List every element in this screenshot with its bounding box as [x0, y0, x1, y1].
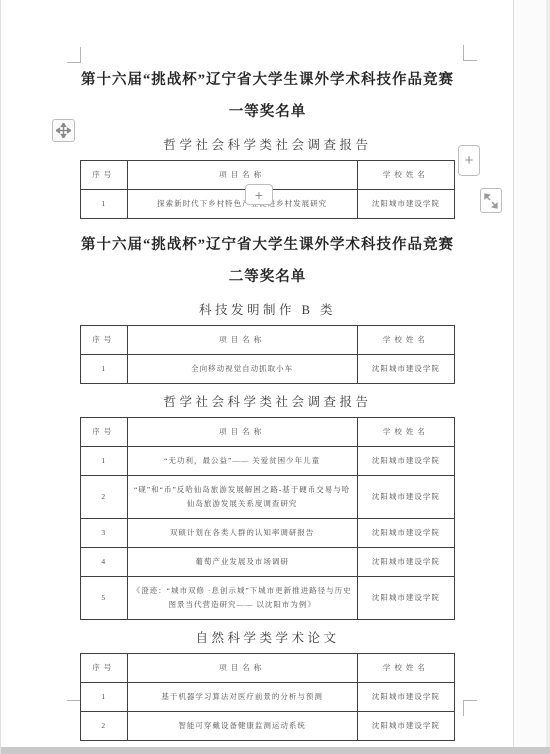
school-name-cell[interactable]: 沈阳城市建设学院 [357, 548, 454, 577]
column-header: 序号 [81, 654, 128, 683]
diagonal-resize-icon [484, 193, 498, 209]
row-number-cell[interactable]: 4 [81, 548, 128, 577]
project-name-cell[interactable]: 基于机器学习算法对医疗前景的分析与预测 [127, 683, 357, 712]
table-row: 2智能可穿戴设备健康监测运动系统沈阳城市建设学院 [81, 712, 455, 741]
margin-crop-mark-top-left [67, 47, 81, 63]
project-name-cell[interactable]: “砚”和“币”反哈仙岛旅游发展解困之路-基于硬币交易与哈仙岛旅游发展关系度调查研… [127, 476, 357, 519]
table-row: 1基于机器学习算法对医疗前景的分析与预测沈阳城市建设学院 [81, 683, 455, 712]
margin-crop-mark-top-right [463, 45, 477, 61]
school-name-cell[interactable]: 沈阳城市建设学院 [357, 519, 454, 548]
plus-icon: + [255, 188, 263, 202]
column-header: 学校姓名 [357, 654, 454, 683]
award-table: 序号项目名称学校姓名1“无功利，最公益”—— 关爱贫困少年儿童沈阳城市建设学院2… [80, 417, 455, 620]
column-header: 序号 [81, 326, 128, 355]
project-name-cell[interactable]: “无功利，最公益”—— 关爱贫困少年儿童 [127, 447, 357, 476]
category-subtitle: 哲学社会科学类社会调查报告 [80, 137, 455, 153]
row-number-cell[interactable]: 1 [81, 683, 128, 712]
project-name-cell[interactable]: 智能可穿戴设备健康监测运动系统 [127, 712, 357, 741]
document-body: 第十六届“挑战杯”辽宁省大学生课外学术科技作品竞赛一等奖名单哲学社会科学类社会调… [80, 58, 455, 751]
canvas-right-edge [546, 0, 550, 754]
table-row: 1全向移动视觉自动抓取小车沈阳城市建设学院 [81, 355, 455, 384]
column-header: 学校姓名 [357, 418, 454, 447]
school-name-cell[interactable]: 沈阳城市建设学院 [357, 447, 454, 476]
table-header-row: 序号项目名称学校姓名 [81, 326, 455, 355]
school-name-cell[interactable]: 沈阳城市建设学院 [357, 355, 454, 384]
row-number-cell[interactable]: 2 [81, 712, 128, 741]
column-header: 学校姓名 [357, 161, 454, 190]
table-row: 1“无功利，最公益”—— 关爱贫困少年儿童沈阳城市建设学院 [81, 447, 455, 476]
column-header: 序号 [81, 418, 128, 447]
school-name-cell[interactable]: 沈阳城市建设学院 [357, 577, 454, 620]
table-resize-handle[interactable] [480, 188, 502, 213]
category-subtitle: 科技发明制作 B 类 [80, 302, 455, 318]
column-header: 项目名称 [127, 161, 357, 190]
school-name-cell[interactable]: 沈阳城市建设学院 [357, 712, 454, 741]
table-header-row: 序号项目名称学校姓名 [81, 654, 455, 683]
column-header: 序号 [81, 161, 128, 190]
table-row: 4葡萄产业发展及市场调研沈阳城市建设学院 [81, 548, 455, 577]
school-name-cell[interactable]: 沈阳城市建设学院 [357, 683, 454, 712]
award-list-title: 第十六届“挑战杯”辽宁省大学生课外学术科技作品竞赛二等奖名单 [80, 229, 455, 293]
row-number-cell[interactable]: 1 [81, 355, 128, 384]
award-table: 序号项目名称学校姓名1基于机器学习算法对医疗前景的分析与预测沈阳城市建设学院2智… [80, 653, 455, 741]
award-table: 序号项目名称学校姓名1全向移动视觉自动抓取小车沈阳城市建设学院 [80, 325, 455, 384]
plus-icon: + [465, 153, 474, 168]
table-row: 3双硕计划在各类人群的认知率调研报告沈阳城市建设学院 [81, 519, 455, 548]
table-header-row: 序号项目名称学校姓名 [81, 418, 455, 447]
project-name-cell[interactable]: 双硕计划在各类人群的认知率调研报告 [127, 519, 357, 548]
school-name-cell[interactable]: 沈阳城市建设学院 [357, 190, 454, 219]
column-header: 项目名称 [127, 326, 357, 355]
category-subtitle: 自然科学类学术论文 [80, 630, 455, 646]
table-row: 2“砚”和“币”反哈仙岛旅游发展解困之路-基于硬币交易与哈仙岛旅游发展关系度调查… [81, 476, 455, 519]
row-number-cell[interactable]: 1 [81, 190, 128, 219]
school-name-cell[interactable]: 沈阳城市建设学院 [357, 476, 454, 519]
margin-crop-mark-bottom-left [67, 700, 81, 716]
move-arrows-icon [56, 123, 71, 138]
project-name-cell[interactable]: 探索新时代下乡村特色产业促进乡村发展研究 [127, 190, 357, 219]
row-number-cell[interactable]: 5 [81, 577, 128, 620]
margin-crop-mark-bottom-right [463, 700, 477, 716]
table-row: 5《澄迹：“城市双修 ·息创示城”下城市更新推进路径与历史图景当代营造研究—— … [81, 577, 455, 620]
column-header: 项目名称 [127, 654, 357, 683]
column-header: 学校姓名 [357, 326, 454, 355]
project-name-cell[interactable]: 全向移动视觉自动抓取小车 [127, 355, 357, 384]
insert-row-button[interactable]: + [245, 184, 273, 205]
project-name-cell[interactable]: 《澄迹：“城市双修 ·息创示城”下城市更新推进路径与历史图景当代营造研究—— 以… [127, 577, 357, 620]
insert-column-button[interactable]: + [458, 145, 480, 176]
page-left-edge [0, 0, 1, 754]
category-subtitle: 哲学社会科学类社会调查报告 [80, 394, 455, 410]
award-list-title: 第十六届“挑战杯”辽宁省大学生课外学术科技作品竞赛一等奖名单 [80, 64, 455, 128]
table-move-handle[interactable] [52, 119, 75, 142]
canvas-right-gutter [513, 0, 550, 754]
row-number-cell[interactable]: 3 [81, 519, 128, 548]
project-name-cell[interactable]: 葡萄产业发展及市场调研 [127, 548, 357, 577]
row-number-cell[interactable]: 2 [81, 476, 128, 519]
row-number-cell[interactable]: 1 [81, 447, 128, 476]
column-header: 项目名称 [127, 418, 357, 447]
